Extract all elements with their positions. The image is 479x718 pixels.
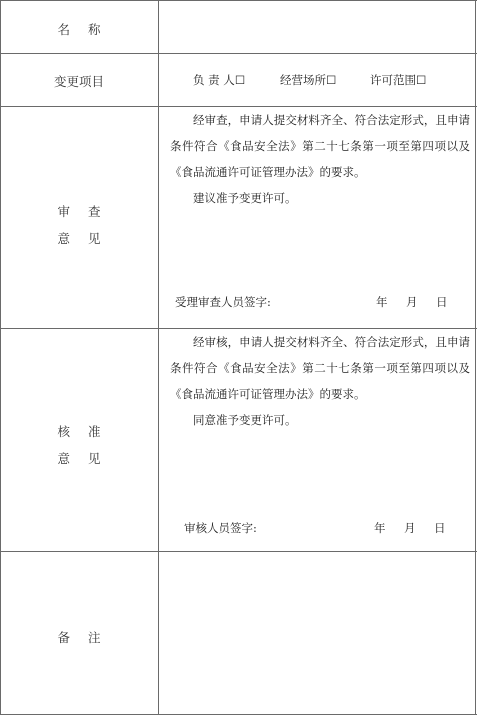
review-label-line-1: 审查 bbox=[0, 198, 158, 225]
border-top bbox=[0, 0, 477, 1]
checkbox-icon[interactable]: ☐ bbox=[326, 73, 336, 87]
option-label: 负 责 人 bbox=[193, 73, 235, 87]
review-recommendation: 建议准予变更许可。 bbox=[160, 185, 474, 211]
change-items-label: 变更项目 bbox=[0, 72, 158, 90]
border-left bbox=[0, 0, 1, 715]
name-label-char-2: 称 bbox=[88, 22, 101, 37]
option-license-scope[interactable]: 许可范围☐ bbox=[370, 72, 426, 88]
approval-date-year: 年 bbox=[374, 515, 386, 541]
review-opinion-label: 审查 意见 bbox=[0, 198, 158, 252]
approval-label-line-1: 核准 bbox=[0, 418, 158, 445]
option-responsible-person[interactable]: 负 责 人☐ bbox=[193, 72, 245, 88]
approval-recommendation: 同意准予变更许可。 bbox=[160, 407, 474, 433]
change-permit-form: 名称 变更项目 负 责 人☐ 经营场所☐ 许可范围☐ 审查 意见 经审查，申请人… bbox=[0, 0, 477, 716]
review-date-day: 日 bbox=[436, 289, 448, 315]
approval-date-month: 月 bbox=[404, 515, 416, 541]
approval-label-line-2: 意见 bbox=[0, 445, 158, 472]
review-opinion-content: 经审查，申请人提交材料齐全、符合法定形式，且申请条件符合《食品安全法》第二十七条… bbox=[160, 106, 474, 328]
review-date-month: 月 bbox=[406, 289, 418, 315]
name-field[interactable] bbox=[160, 2, 474, 52]
approval-opinion-label: 核准 意见 bbox=[0, 418, 158, 472]
review-label-line-2: 意见 bbox=[0, 225, 158, 252]
label-char: 准 bbox=[88, 424, 101, 439]
label-char: 见 bbox=[88, 231, 101, 246]
remarks-label-char-1: 备 bbox=[57, 630, 70, 645]
label-char: 查 bbox=[88, 204, 101, 219]
label-char: 核 bbox=[57, 424, 70, 439]
checkbox-icon[interactable]: ☐ bbox=[416, 73, 426, 87]
border-bottom bbox=[0, 714, 477, 715]
divider-row-1 bbox=[0, 53, 477, 54]
option-label: 许可范围 bbox=[370, 73, 416, 87]
review-date-year: 年 bbox=[376, 289, 388, 315]
approval-opinion-content: 经审核，申请人提交材料齐全、符合法定形式，且申请条件符合《食品安全法》第二十七条… bbox=[160, 329, 474, 551]
column-divider bbox=[158, 0, 159, 715]
approval-paragraph: 经审核，申请人提交材料齐全、符合法定形式，且申请条件符合《食品安全法》第二十七条… bbox=[160, 329, 474, 407]
review-paragraph: 经审查，申请人提交材料齐全、符合法定形式，且申请条件符合《食品安全法》第二十七条… bbox=[160, 107, 474, 185]
label-char: 见 bbox=[88, 451, 101, 466]
divider-row-4 bbox=[0, 551, 477, 552]
border-right bbox=[475, 0, 476, 715]
remarks-label-char-2: 注 bbox=[88, 630, 101, 645]
label-char: 意 bbox=[57, 231, 70, 246]
label-char: 意 bbox=[57, 451, 70, 466]
name-label: 名称 bbox=[0, 20, 158, 38]
name-label-char-1: 名 bbox=[57, 22, 70, 37]
label-char: 审 bbox=[57, 204, 70, 219]
approval-date-day: 日 bbox=[434, 515, 446, 541]
approval-signature-label: 审核人员签字: bbox=[184, 515, 257, 541]
option-label: 经营场所 bbox=[280, 73, 326, 87]
review-signature-label: 受理审查人员签字: bbox=[175, 289, 271, 315]
checkbox-icon[interactable]: ☐ bbox=[235, 73, 245, 87]
remarks-field[interactable] bbox=[160, 553, 474, 713]
remarks-label: 备注 bbox=[0, 628, 158, 646]
option-business-premises[interactable]: 经营场所☐ bbox=[280, 72, 336, 88]
